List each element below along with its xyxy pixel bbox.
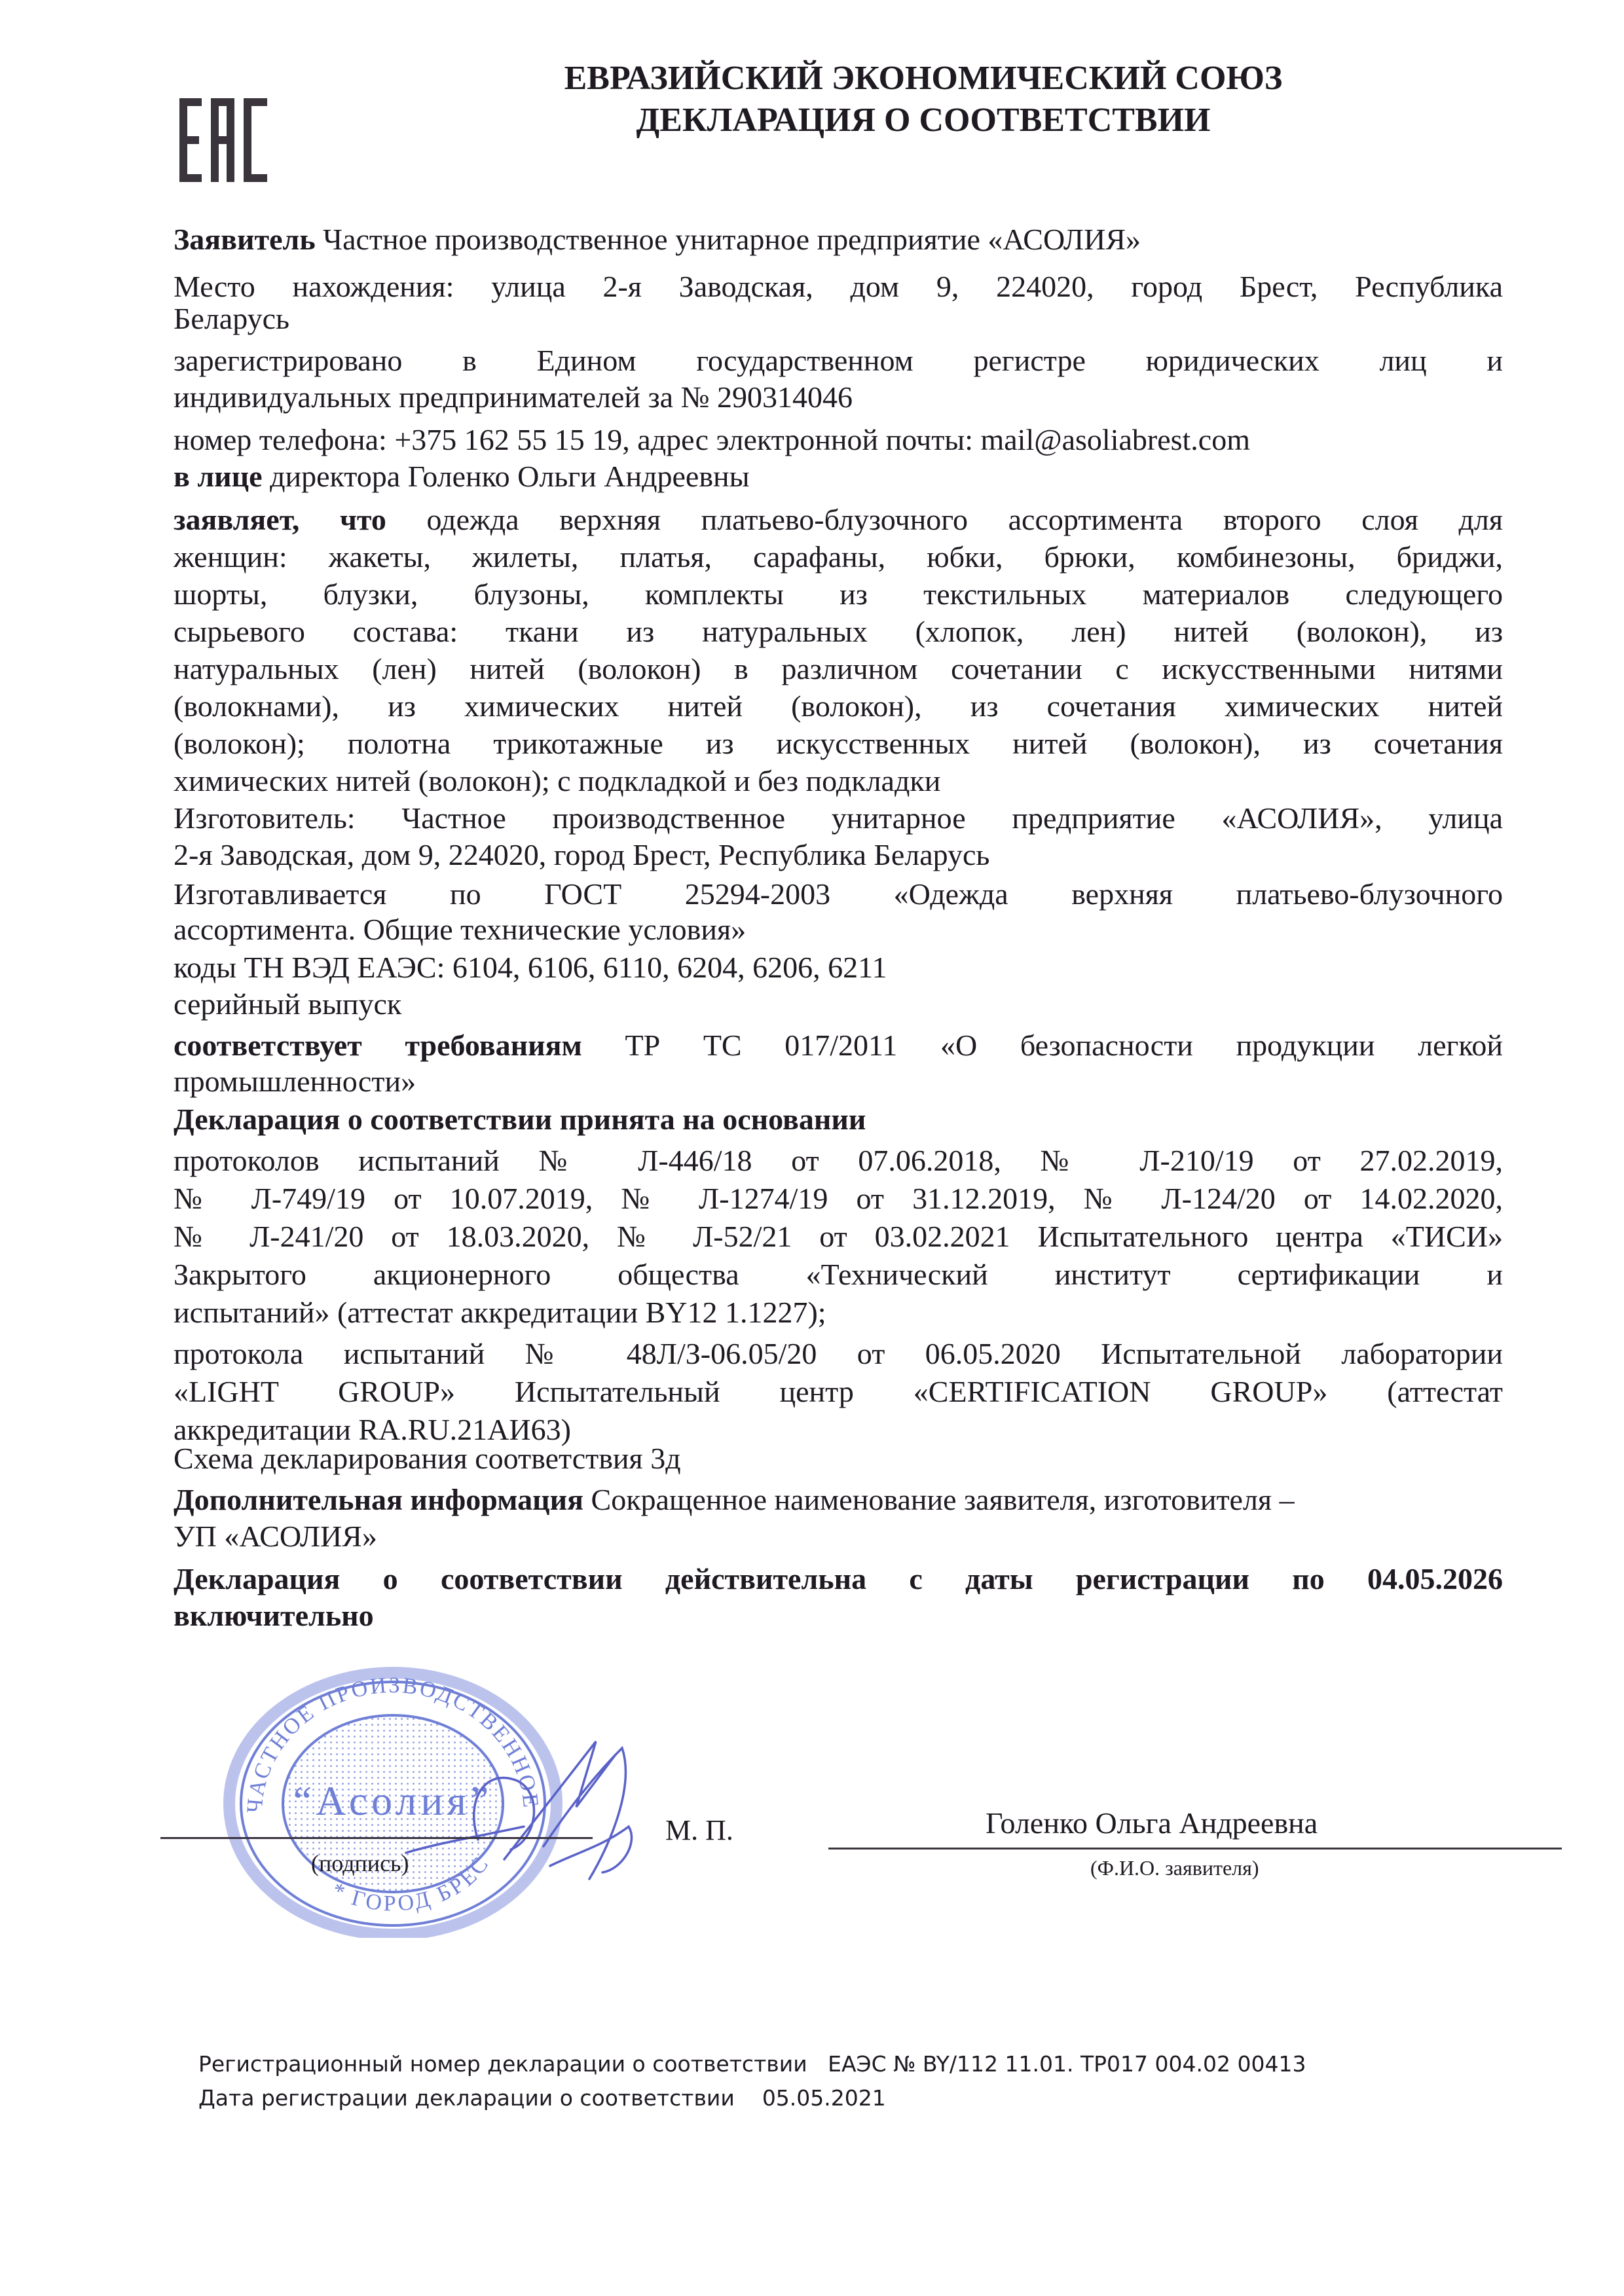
manufacturer-line-1: Изготовитель: Частное производственное у… [174,800,1503,837]
handwritten-signature [380,1728,655,1938]
eac-logo-icon [178,98,270,182]
statement-line-6: (волокнами), из химических нитей (волоко… [174,688,1503,725]
applicant-location-2: Беларусь [174,301,1503,337]
basis-line-4: Закрытого акционерного общества «Техниче… [174,1256,1503,1293]
basis-line-7: «LIGHT GROUP» Испытательный центр «CERTI… [174,1374,1503,1410]
basis-heading: Декларация о соответствии принята на осн… [174,1101,1503,1138]
signature-caption: (подпись) [311,1850,409,1877]
statement-line-4: сырьевого состава: ткани из натуральных … [174,613,1503,650]
registration-date-value: 05.05.2021 [762,2085,886,2111]
basis-line-6: протокола испытаний № 48Л/З-06.05/20 от … [174,1336,1503,1372]
basis-line-2: № Л-749/19 от 10.07.2019, № Л-1274/19 от… [174,1180,1503,1217]
statement-line-7: (волокон); полотна трикотажные из искусс… [174,725,1503,762]
registration-number-value: ЕАЭС № BY/112 11.01. ТР017 004.02 00413 [828,2051,1306,2077]
contacts-line: номер телефона: +375 162 55 15 19, адрес… [174,422,1503,458]
registration-date-row: Дата регистрации декларации о соответств… [185,2060,886,2111]
applicant-label: Заявитель [174,223,316,256]
signer-name-line [828,1848,1562,1850]
signature-line [160,1837,593,1839]
conformity-line-2: промышленности» [174,1063,1503,1100]
standard-line-1: Изготавливается по ГОСТ 25294-2003 «Одеж… [174,876,1503,913]
applicant-line: Заявитель Частное производственное унита… [174,221,1503,258]
represented-line: в лице директора Голенко Ольги Андреевны [174,458,1503,495]
statement-line-3: шорты, блузки, блузоны, комплекты из тек… [174,576,1503,613]
signer-caption: (Ф.И.О. заявителя) [1090,1856,1259,1880]
hs-codes: коды ТН ВЭД ЕАЭС: 6104, 6106, 6110, 6204… [174,949,1503,986]
union-title: ЕВРАЗИЙСКИЙ ЭКОНОМИЧЕСКИЙ СОЮЗ [367,58,1480,100]
basis-line-3: № Л-241/20 от 18.03.2020, № Л-52/21 от 0… [174,1218,1503,1255]
statement-line-1: заявляет, что одежда верхняя платьево-бл… [174,501,1503,538]
additional-label: Дополнительная информация [174,1483,583,1516]
additional-line-1: Дополнительная информация Сокращенное на… [174,1482,1503,1518]
conformity-line-1: соответствует требованиям ТР ТС 017/2011… [174,1027,1503,1064]
registry-line-1: зарегистрировано в Едином государственно… [174,342,1503,379]
validity-line-2: включительно [174,1597,1503,1634]
basis-line-5: испытаний» (аттестат аккредитации BY12 1… [174,1294,1503,1331]
additional-line-2: УП «АСОЛИЯ» [174,1518,1503,1555]
applicant-location-1: Место нахождения: улица 2-я Заводская, д… [174,268,1503,305]
statement-line-8: химических нитей (волокон); с подкладкой… [174,763,1503,799]
registry-line-2: индивидуальных предпринимателей за № 290… [174,379,1503,416]
production-type: серийный выпуск [174,986,1503,1023]
seal-label: М. П. [665,1813,733,1847]
conformity-label: соответствует требованиям [174,1029,582,1062]
declaration-scheme: Схема декларирования соответствия 3д [174,1440,1503,1477]
statement-line-2: женщин: жакеты, жилеты, платья, сарафаны… [174,539,1503,575]
validity-line-1: Декларация о соответствии действительна … [174,1561,1503,1597]
standard-line-2: ассортимента. Общие технические условия» [174,911,1503,948]
applicant-name: Частное производственное унитарное предп… [323,223,1141,256]
registration-date-label: Дата регистрации декларации о соответств… [198,2085,735,2111]
represented-label: в лице [174,460,263,493]
statement-line-5: натуральных (лен) нитей (волокон) в разл… [174,651,1503,687]
statement-label: заявляет, что [174,503,386,536]
basis-line-1: протоколов испытаний № Л-446/18 от 07.06… [174,1142,1503,1179]
signer-name: Голенко Ольга Андреевна [986,1806,1318,1840]
manufacturer-line-2: 2-я Заводская, дом 9, 224020, город Брес… [174,837,1503,873]
document-title: ДЕКЛАРАЦИЯ О СООТВЕТСТВИИ [367,100,1480,141]
represented-by: директора Голенко Ольги Андреевны [270,460,750,493]
